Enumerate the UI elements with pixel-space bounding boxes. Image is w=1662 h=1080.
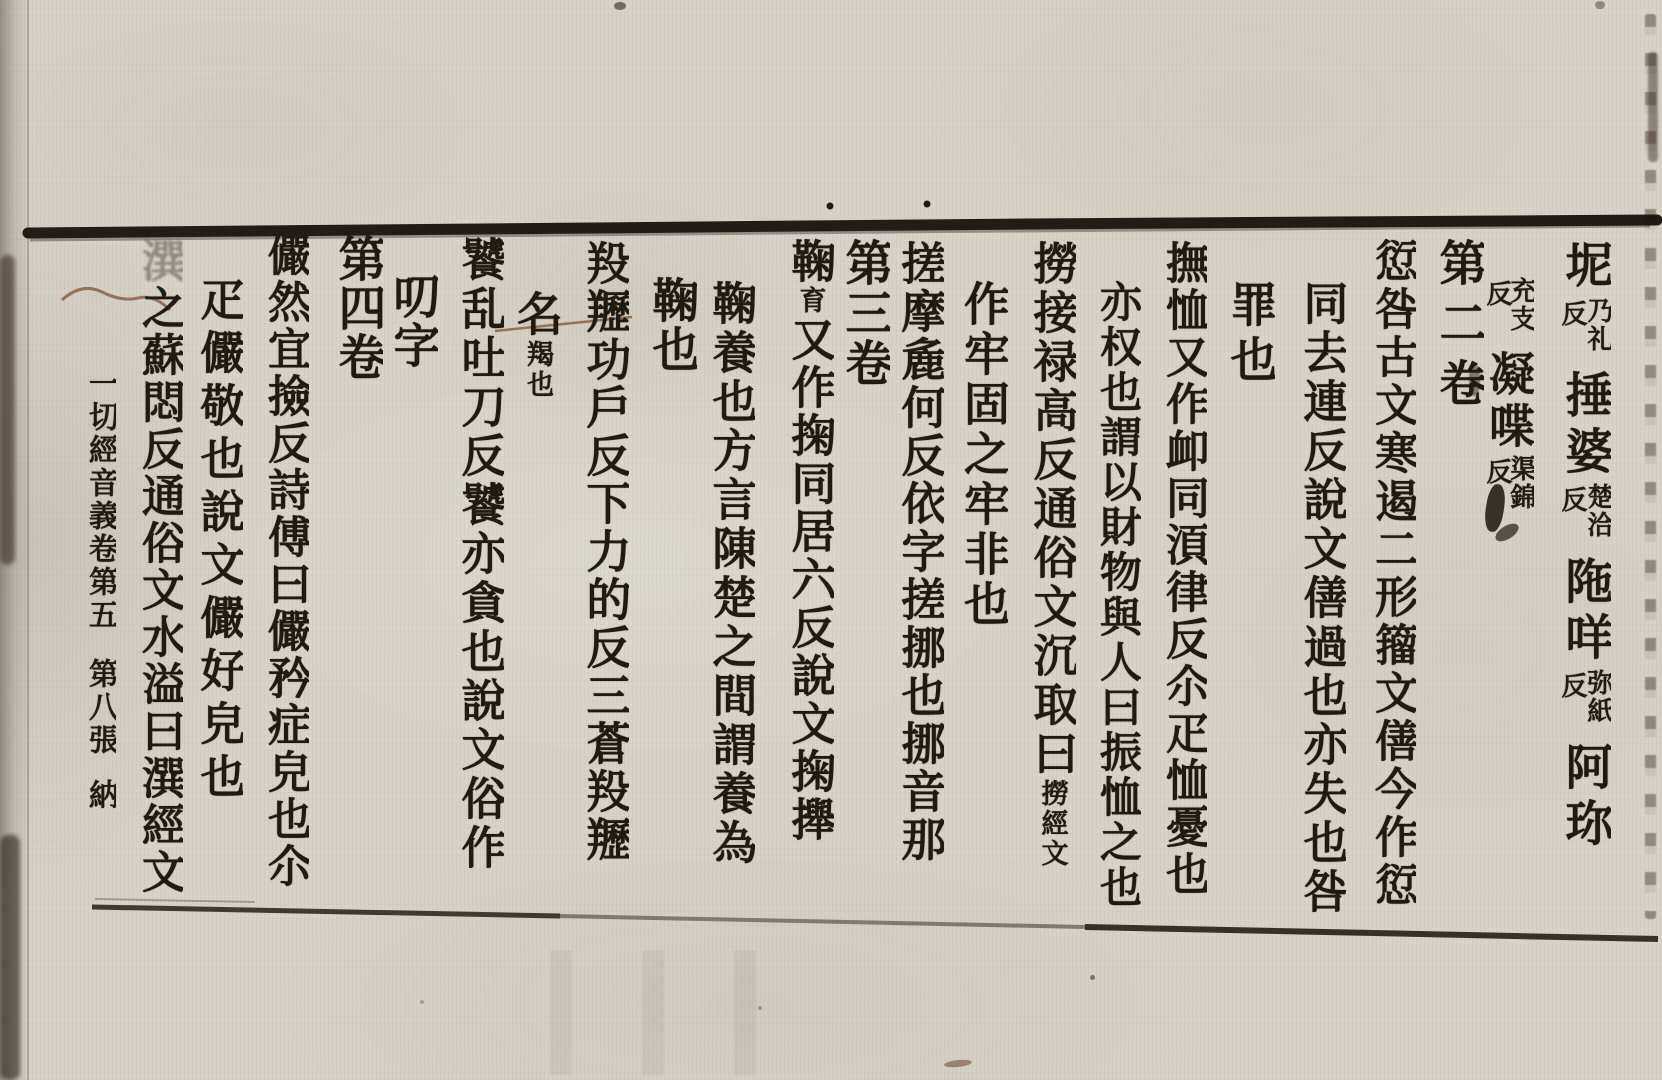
- main-text-run: 疋儼敬也說文儼好皃也: [193, 276, 243, 806]
- colophon-run: 納: [83, 779, 116, 812]
- col-12-scroll-3-heading: 第三卷: [832, 238, 890, 948]
- colophon-run: 第八張: [83, 658, 116, 757]
- main-text-run: 凝喋: [1482, 350, 1534, 454]
- fanqie-annotation: 充支反: [1484, 276, 1534, 350]
- col-9-laojie-entry: 撈接禄高反通俗文沉取曰撈經文: [1021, 240, 1076, 948]
- fanqie-left-run: 反: [1559, 672, 1585, 700]
- main-text-run: 罪也: [1223, 280, 1275, 390]
- fanqie-left-run: 反: [1484, 458, 1510, 486]
- col-14-ju-gloss: 鞠養也方言陳楚之間謂養為: [700, 280, 755, 948]
- main-text-run: 捶婆: [1557, 370, 1611, 482]
- column-gap: [99, 632, 101, 658]
- col-2-ningdie-entry: 充支反凝喋渠錦反: [1478, 276, 1534, 948]
- column-gap: [99, 757, 101, 779]
- main-text-run: 愆咎古文寒遏二形籀文僐今作愆: [1367, 238, 1416, 910]
- col-22-yanran-gloss: 疋儼敬也說文儼好皃也: [188, 276, 243, 948]
- fanqie-right-run: 楚洽: [1585, 483, 1611, 539]
- col-5-qianjiu-gloss: 同去連反說文僐過也亦失也咎: [1291, 280, 1346, 948]
- fanqie-annotation: 楚洽反: [1559, 482, 1611, 556]
- gloss-small-run: 育: [795, 286, 826, 316]
- col-10-laojie-gloss-end: 作牢固之牢非也: [952, 280, 1008, 948]
- col-13-ju-entry: 鞠育又作掬同居六反說文掬攑: [779, 238, 834, 948]
- main-text-run: 亦权也謂以財物與人曰振恤之也: [1094, 280, 1141, 910]
- col-18-taoluan-entry: 饕乱吐刀反饕亦貪也說文俗作: [449, 236, 504, 948]
- gloss-small-run: 撈經文: [1037, 779, 1068, 869]
- fanqie-left-run: 反: [1559, 300, 1585, 328]
- main-text-run: 羖䍽功戶反下力的反三蒼羖䍽: [579, 240, 629, 864]
- col-11-cuomo-entry: 搓摩麁何反依字搓挪也挪音那: [889, 240, 944, 948]
- main-text-run: 撈接禄高反通俗文沉取曰: [1026, 240, 1076, 779]
- gloss-small-run: 羯也: [522, 340, 553, 400]
- col-16-guli-entry: 羖䍽功戶反下力的反三蒼羖䍽: [574, 240, 629, 948]
- fanqie-annotation: 弥紙反: [1559, 668, 1611, 742]
- fanqie-right-run: 乃礼: [1585, 297, 1611, 353]
- fanqie-left-run: 反: [1484, 280, 1510, 308]
- colophon-run: 一切經音義卷第五: [83, 368, 116, 632]
- col-20-scroll-4-heading: 第四卷: [325, 234, 383, 948]
- main-text-run: 作牢固之牢非也: [957, 280, 1008, 630]
- col-17-guli-gloss-end: 名羯也: [505, 290, 561, 948]
- col-6-qianjiu-gloss-end: 罪也: [1218, 280, 1275, 948]
- main-text-run: 阿珎: [1557, 742, 1611, 854]
- main-text-run: 鞠也: [645, 276, 697, 374]
- main-text-run: 饕乱吐刀反饕亦貪也說文俗作: [454, 236, 504, 873]
- main-text-run: 同去連反說文僐過也亦失也咎: [1296, 280, 1346, 917]
- col-4-qianjiu-entry: 愆咎古文寒遏二形籀文僐今作愆: [1362, 238, 1416, 948]
- manuscript-text-block: 坭乃礼反捶婆楚洽反陁咩弥紙反阿珎充支反凝喋渠錦反第二卷愆咎古文寒遏二形籀文僐今作…: [0, 0, 1662, 1080]
- main-text-run: 鞠養也方言陳楚之間謂養為: [705, 280, 755, 868]
- main-text-run: 第三卷: [837, 238, 890, 388]
- main-text-run: 之蘇悶反通俗文水溢曰潠經文: [134, 285, 183, 896]
- main-text-run: 搓摩麁何反依字搓挪也挪音那: [894, 240, 944, 864]
- col-15-ju-gloss-end: 鞠也: [640, 276, 697, 948]
- main-text-run: 儼然宜撿反詩傅曰儼矜症皃也尒: [260, 232, 309, 890]
- col-19-taoluan-gloss-end: 叨字: [381, 272, 438, 948]
- main-text-run: 陁咩: [1557, 556, 1611, 668]
- main-text-run: 名: [510, 290, 561, 340]
- fanqie-annotation: 乃礼反: [1559, 296, 1611, 370]
- main-text-run: 又作掬同居六反說文掬攑: [784, 316, 834, 844]
- col-7-fuxu-entry: 撫恤又作卹同湏律反尒疋恤憂也: [1153, 240, 1207, 948]
- col-23-xunzhi-entry: 潠之蘇悶反通俗文水溢曰潠經文: [129, 238, 183, 948]
- col-24-colophon: 一切經音義卷第五第八張納: [76, 368, 116, 948]
- main-text-run: 坭: [1557, 240, 1611, 296]
- main-text-run: 鞠: [784, 238, 834, 286]
- col-8-fuxu-gloss: 亦权也謂以財物與人曰振恤之也: [1089, 280, 1141, 948]
- main-text-run: 潠: [134, 238, 183, 285]
- col-3-scroll-2-heading: 第二卷: [1426, 238, 1484, 948]
- main-text-run: 第二卷: [1431, 238, 1484, 418]
- main-text-run: 撫恤又作卹同湏律反尒疋恤憂也: [1158, 240, 1207, 898]
- col-21-yanran-entry: 儼然宜撿反詩傅曰儼矜症皃也尒: [255, 232, 309, 948]
- fanqie-left-run: 反: [1559, 486, 1585, 514]
- fanqie-annotation: 渠錦反: [1484, 454, 1534, 528]
- main-text-run: 第四卷: [330, 234, 383, 381]
- manuscript-page: 坭乃礼反捶婆楚洽反陁咩弥紙反阿珎充支反凝喋渠錦反第二卷愆咎古文寒遏二形籀文僐今作…: [0, 0, 1662, 1080]
- main-text-run: 叨字: [386, 272, 438, 370]
- fanqie-right-run: 弥紙: [1585, 669, 1611, 725]
- col-1-dharani-syllables-entry: 坭乃礼反捶婆楚洽反陁咩弥紙反阿珎: [1553, 240, 1611, 948]
